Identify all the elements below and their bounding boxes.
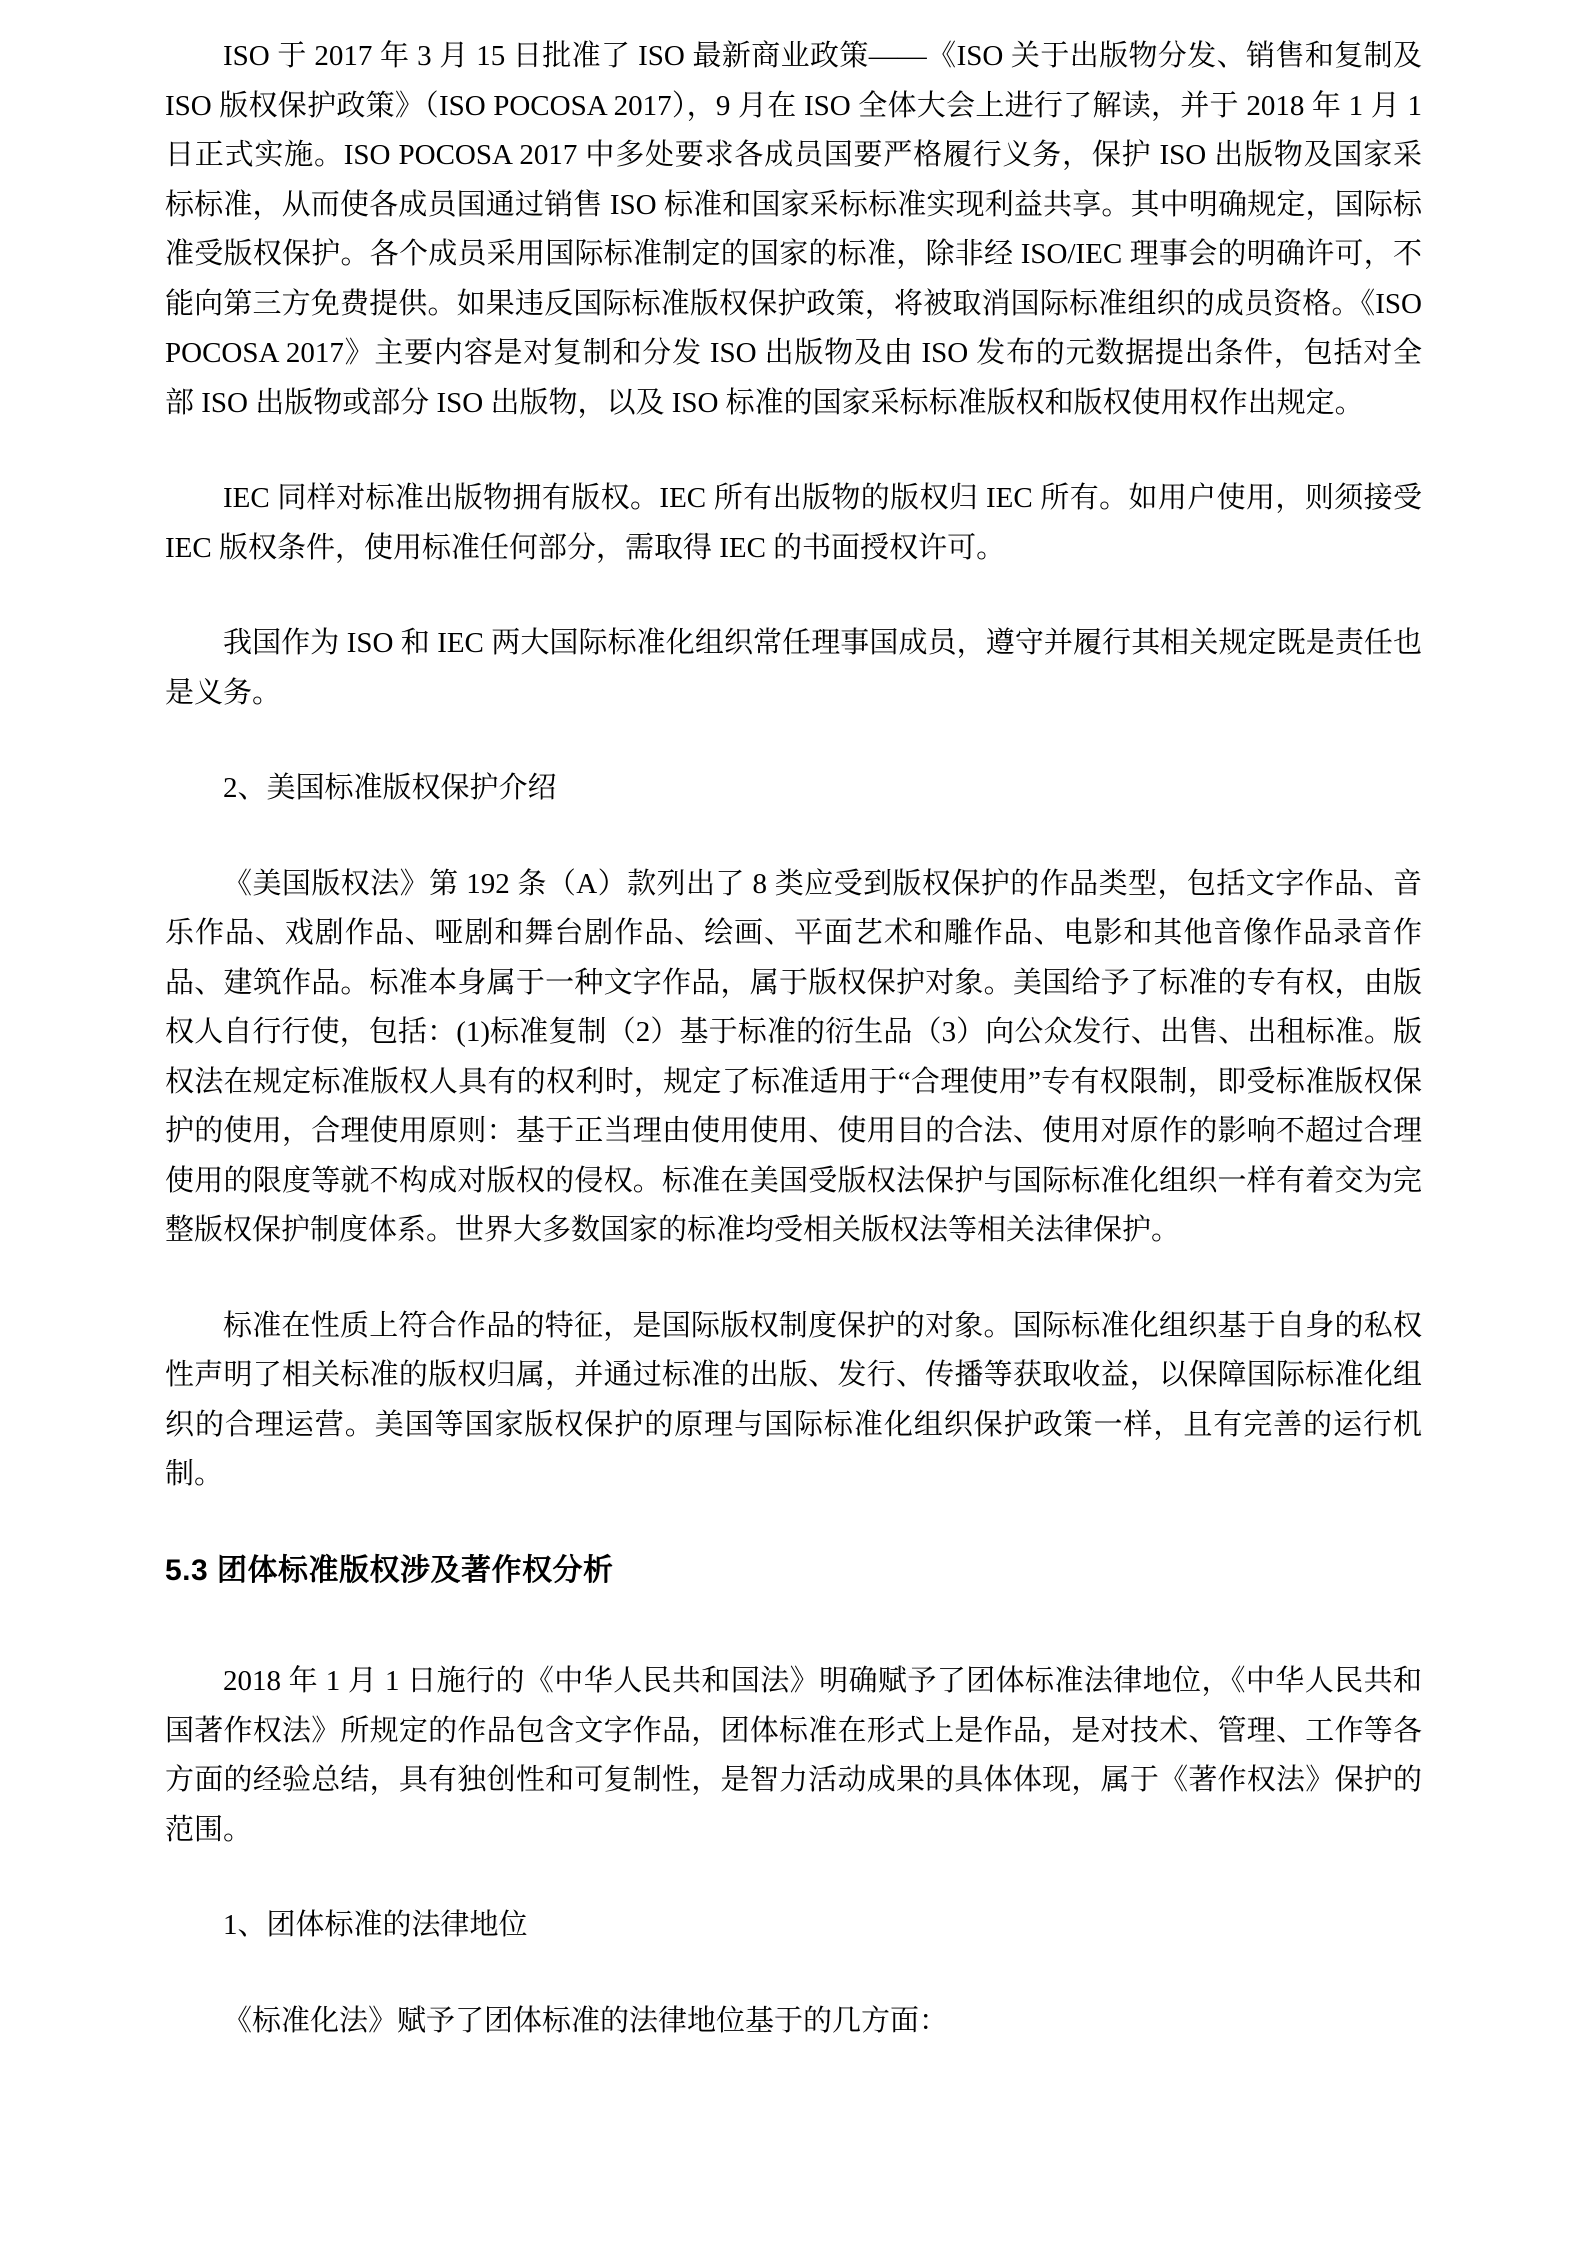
body-paragraph: 标准在性质上符合作品的特征，是国际版权制度保护的对象。国际标准化组织基于自身的私…	[165, 1302, 1422, 1500]
body-paragraph: 我国作为 ISO 和 IEC 两大国际标准化组织常任理事国成员，遵守并履行其相关…	[165, 619, 1422, 718]
body-paragraph: 《标准化法》赋予了团体标准的法律地位基于的几方面：	[165, 1997, 1422, 2047]
body-paragraph: 2018 年 1 月 1 日施行的《中华人民共和国法》明确赋予了团体标准法律地位…	[165, 1657, 1422, 1855]
document-page: ISO 于 2017 年 3 月 15 日批准了 ISO 最新商业政策——《IS…	[0, 0, 1587, 2245]
body-paragraph: ISO 于 2017 年 3 月 15 日批准了 ISO 最新商业政策——《IS…	[165, 32, 1422, 428]
body-paragraph: 《美国版权法》第 192 条（A）款列出了 8 类应受到版权保护的作品类型，包括…	[165, 860, 1422, 1256]
document-content: ISO 于 2017 年 3 月 15 日批准了 ISO 最新商业政策——《IS…	[165, 0, 1422, 2046]
sub-heading: 1、团体标准的法律地位	[165, 1901, 1422, 1951]
body-paragraph: IEC 同样对标准出版物拥有版权。IEC 所有出版物的版权归 IEC 所有。如用…	[165, 474, 1422, 573]
section-heading: 5.3 团体标准版权涉及著作权分析	[165, 1546, 1422, 1596]
sub-heading: 2、美国标准版权保护介绍	[165, 764, 1422, 814]
